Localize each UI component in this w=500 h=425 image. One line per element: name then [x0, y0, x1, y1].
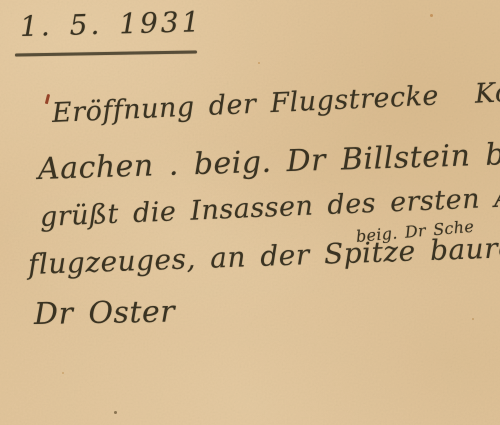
red-ink-mark [45, 94, 50, 104]
handwritten-line-flugzeuges: flugzeuges, an der Spitze baure [27, 231, 500, 281]
date-underline [15, 50, 197, 56]
paper-speck [472, 318, 474, 320]
signature-line-dr-oster: Dr Oster [34, 295, 176, 332]
paper-speck [62, 372, 64, 374]
handwritten-line-aachen: Aachen . beig. Dr Billstein be [37, 137, 500, 187]
paper-speck [258, 62, 260, 64]
handwritten-line-opening: Eröffnung der Flugstrecke Köln [51, 76, 500, 129]
line-opening-text: Eröffnung der Flugstrecke [51, 80, 439, 129]
paper-speck [114, 411, 117, 414]
notebook-page: 1. 5. 1931 Eröffnung der Flugstrecke Köl… [0, 0, 500, 425]
date-text: 1. 5. 1931 [20, 5, 203, 43]
paper-speck [430, 14, 433, 17]
word-koeln: Köln [474, 76, 500, 110]
